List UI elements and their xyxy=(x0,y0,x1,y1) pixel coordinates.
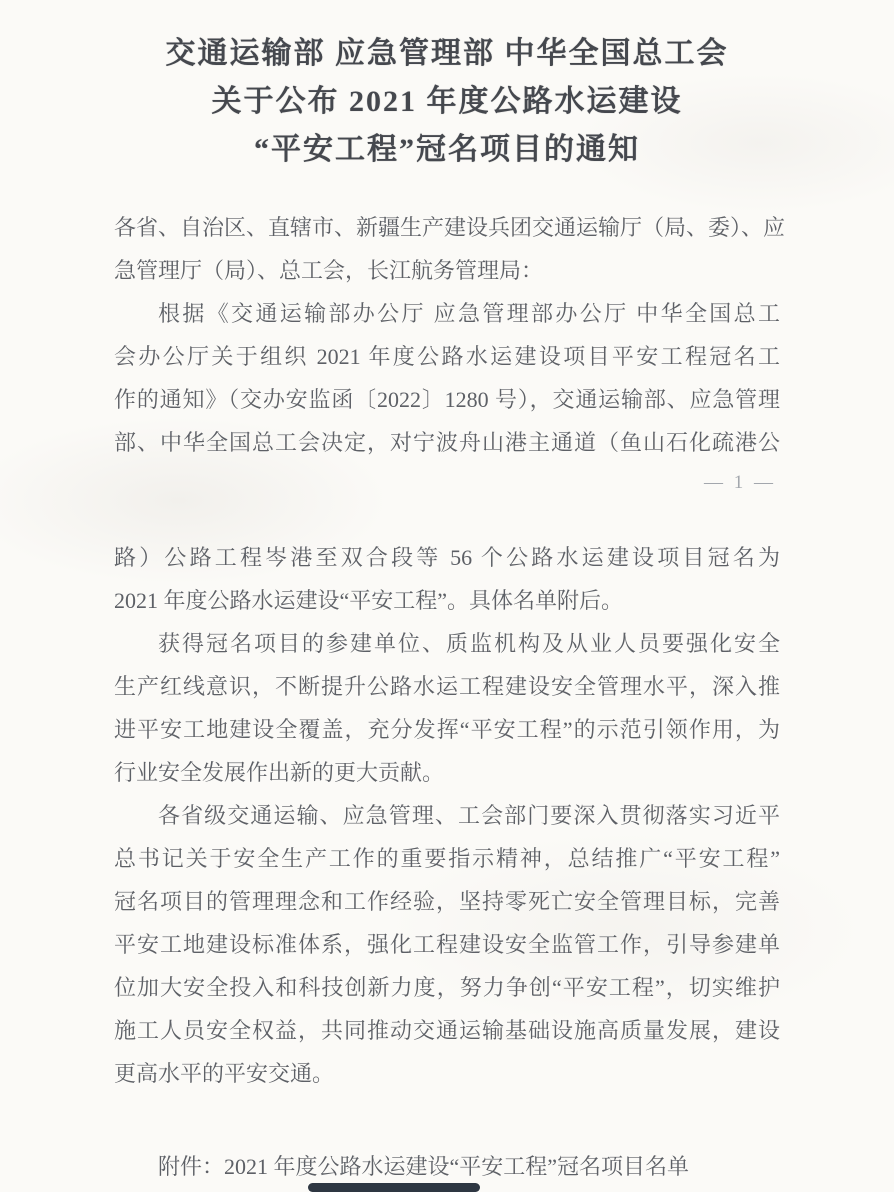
title-line-subject: 关于公布 2021 年度公路水运建设 xyxy=(0,78,894,126)
title-line-issuers: 交通运输部 应急管理部 中华全国总工会 xyxy=(0,30,894,78)
body-line: 行业安全发展作出新的更大贡献。 xyxy=(114,751,780,794)
page-number: — 1 — xyxy=(114,470,780,496)
body-line: 作的通知》（交办安监函〔2022〕1280 号），交通运输部、应急管理 xyxy=(114,378,780,421)
attachment-note: 附件：2021 年度公路水运建设“平安工程”冠名项目名单 xyxy=(114,1147,780,1187)
page-1-body: 各省、自治区、直辖市、新疆生产建设兵团交通运输厅（局、委）、应 急管理厅（局）、… xyxy=(114,206,780,464)
scanned-notice-document: 交通运输部 应急管理部 中华全国总工会 关于公布 2021 年度公路水运建设 “… xyxy=(0,0,894,1187)
body-line: 更高水平的平安交通。 xyxy=(114,1052,780,1095)
document-title: 交通运输部 应急管理部 中华全国总工会 关于公布 2021 年度公路水运建设 “… xyxy=(0,30,894,174)
body-line: 根据《交通运输部办公厅 应急管理部办公厅 中华全国总工 xyxy=(114,292,780,335)
body-line: 进平安工地建设全覆盖，充分发挥“平安工程”的示范引领作用，为 xyxy=(114,708,780,751)
body-line: 部、中华全国总工会决定，对宁波舟山港主通道（鱼山石化疏港公 xyxy=(114,421,780,464)
body-line: 会办公厅关于组织 2021 年度公路水运建设项目平安工程冠名工 xyxy=(114,335,780,378)
page-2-body: 路）公路工程岑港至双合段等 56 个公路水运建设项目冠名为 2021 年度公路水… xyxy=(114,536,780,1095)
recipient-line: 各省、自治区、直辖市、新疆生产建设兵团交通运输厅（局、委）、应 xyxy=(114,206,780,249)
body-line: 各省级交通运输、应急管理、工会部门要深入贯彻落实习近平 xyxy=(114,794,780,837)
body-line: 施工人员安全权益，共同推动交通运输基础设施高质量发展，建设 xyxy=(114,1009,780,1052)
body-line: 2021 年度公路水运建设“平安工程”。具体名单附后。 xyxy=(114,579,780,622)
body-line: 路）公路工程岑港至双合段等 56 个公路水运建设项目冠名为 xyxy=(114,536,780,579)
home-indicator-bar[interactable] xyxy=(308,1183,480,1192)
body-line: 平安工地建设标准体系，强化工程建设安全监管工作，引导参建单 xyxy=(114,923,780,966)
body-line: 总书记关于安全生产工作的重要指示精神，总结推广“平安工程” xyxy=(114,837,780,880)
body-line: 冠名项目的管理理念和工作经验，坚持零死亡安全管理目标，完善 xyxy=(114,880,780,923)
body-line: 获得冠名项目的参建单位、质监机构及从业人员要强化安全 xyxy=(114,622,780,665)
body-line: 生产红线意识，不断提升公路水运工程建设安全管理水平，深入推 xyxy=(114,665,780,708)
title-line-notice: “平安工程”冠名项目的通知 xyxy=(0,126,894,174)
body-line: 位加大安全投入和科技创新力度，努力争创“平安工程”，切实维护 xyxy=(114,966,780,1009)
recipient-line: 急管理厅（局）、总工会，长江航务管理局： xyxy=(114,249,780,292)
